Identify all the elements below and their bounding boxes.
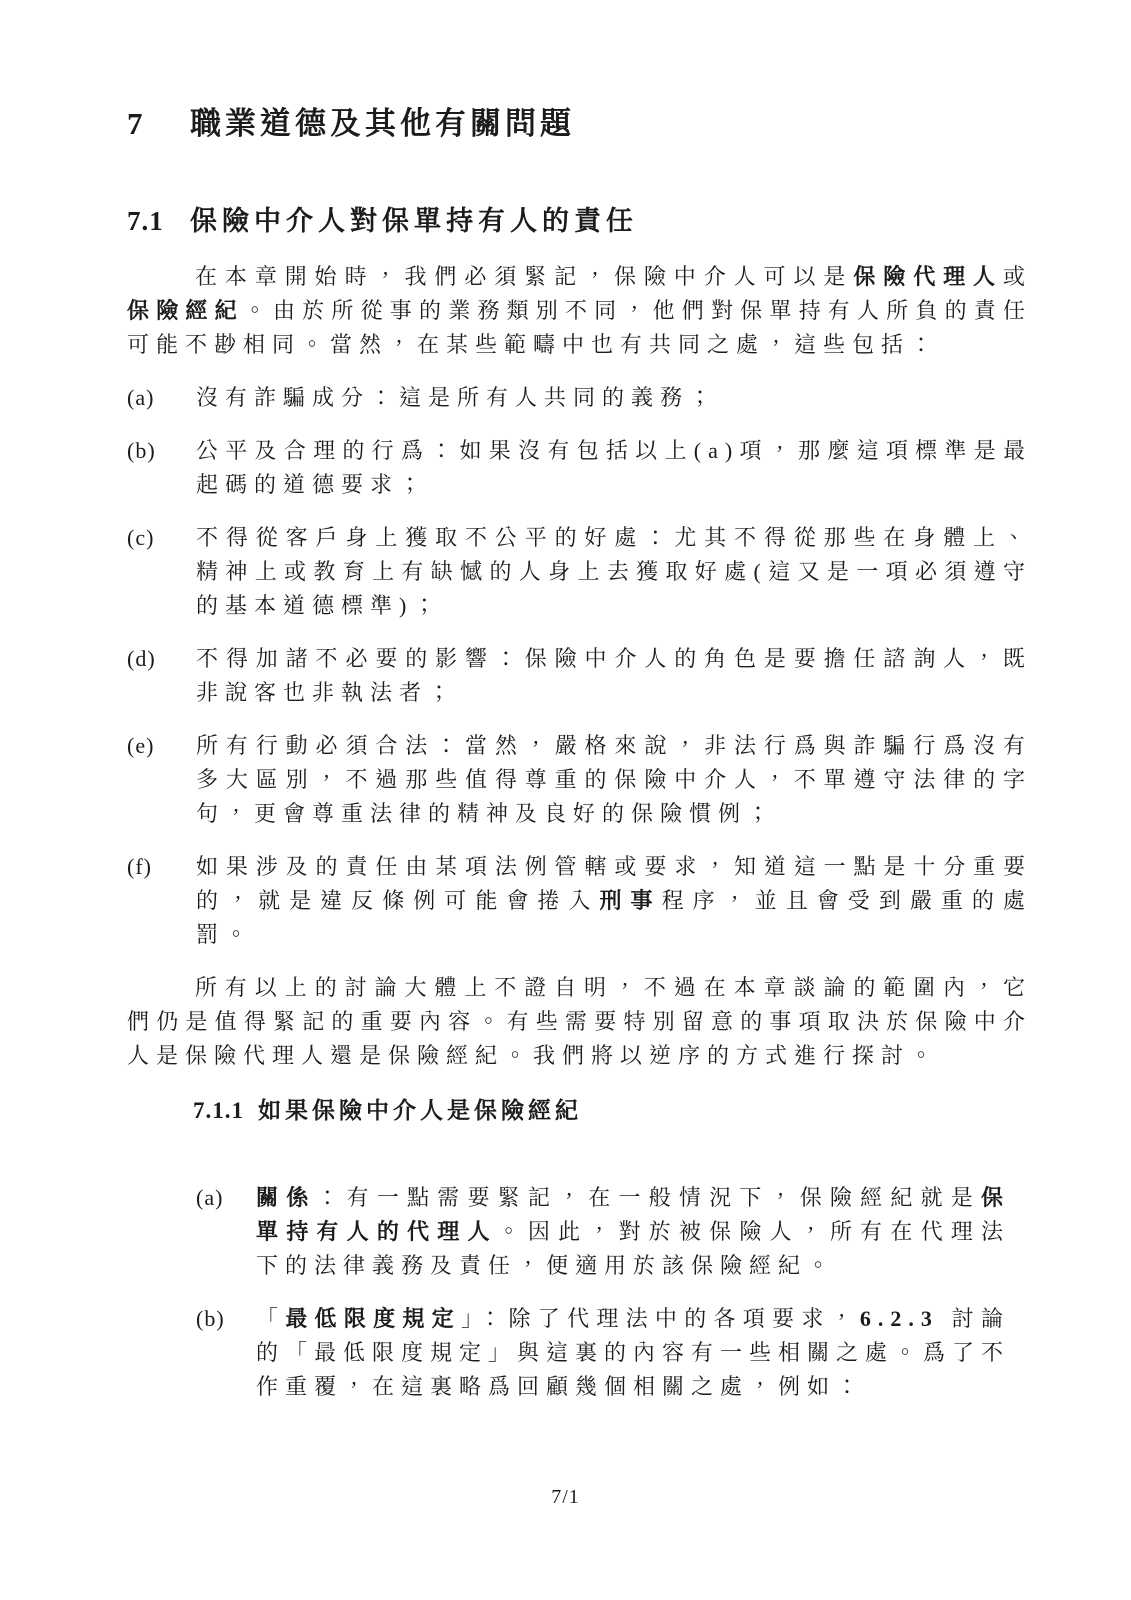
list-item-text: 不得從客戶身上獲取不公平的好處：尤其不得從那些在身體上、精神上或教育上有缺憾的人… — [196, 521, 1032, 623]
text-run: 公平及合理的行爲：如果沒有包括以上(a)項，那麼這項標準是最起碼的道德要求； — [196, 438, 1032, 497]
bold-text-run: 關係 — [256, 1185, 316, 1210]
text-run: 不得從客戶身上獲取不公平的好處：尤其不得從那些在身體上、精神上或教育上有缺憾的人… — [196, 525, 1032, 618]
section-heading: 7.1 保險中介人對保單持有人的責任 — [127, 199, 1032, 238]
text-run: 」：除了代理法中的各項要求， — [461, 1306, 860, 1331]
list-item-label: (e) — [127, 729, 196, 831]
text-run: ：有一點需要緊記，在一般情況下，保險經紀就是 — [316, 1185, 981, 1210]
list-item-label: (d) — [127, 642, 196, 710]
subsection-list: (a) 關係：有一點需要緊記，在一般情況下，保險經紀就是保單持有人的代理人。因此… — [196, 1181, 1032, 1404]
list-item-f: (f) 如果涉及的責任由某項法例管轄或要求，知道這一點是十分重要的，就是違反條例… — [127, 850, 1032, 952]
text-run: 「 — [256, 1306, 285, 1331]
intro-paragraph: 在本章開始時，我們必須緊記，保險中介人可以是保險代理人或保險經紀。由於所從事的業… — [127, 260, 1032, 362]
sublist-item-text: 關係：有一點需要緊記，在一般情況下，保險經紀就是保單持有人的代理人。因此，對於被… — [256, 1181, 1010, 1283]
list-item-label: (f) — [127, 850, 196, 952]
list-item-b: (b) 公平及合理的行爲：如果沒有包括以上(a)項，那麼這項標準是最起碼的道德要… — [127, 434, 1032, 502]
text-run: 。由於所從事的業務類別不同，他們對保單持有人所負的責任可能不尠相同。當然，在某些… — [127, 298, 1032, 357]
list-item-label: (a) — [127, 381, 196, 415]
subsection-number: 7.1.1 — [193, 1098, 258, 1124]
list-item-label: (c) — [127, 521, 196, 623]
list-item-text: 不得加諸不必要的影響：保險中介人的角色是要擔任諮詢人，既非說客也非執法者； — [196, 642, 1032, 710]
sublist-item-b: (b) 「最低限度規定」：除了代理法中的各項要求，6.2.3 討論的「最低限度規… — [196, 1302, 1010, 1404]
bold-text-run: 刑事 — [599, 888, 661, 913]
sublist-item-text: 「最低限度規定」：除了代理法中的各項要求，6.2.3 討論的「最低限度規定」與這… — [256, 1302, 1010, 1404]
subsection-heading: 7.1.1 如果保險中介人是保險經紀 — [193, 1092, 1032, 1125]
text-run: 所有以上的討論大體上不證自明，不過在本章談論的範圍內，它們仍是值得緊記的重要內容… — [127, 975, 1032, 1068]
chapter-title: 職業道德及其他有關問題 — [190, 98, 575, 143]
page-number: 7/1 — [0, 1486, 1131, 1509]
bold-text-run: 6.2.3 — [860, 1306, 939, 1331]
section-title: 保險中介人對保單持有人的責任 — [190, 199, 638, 238]
chapter-heading: 7 職業道德及其他有關問題 — [127, 98, 1032, 143]
closing-paragraph: 所有以上的討論大體上不證自明，不過在本章談論的範圍內，它們仍是值得緊記的重要內容… — [127, 971, 1032, 1073]
bold-text-run: 保險經紀 — [127, 298, 244, 323]
text-run: 沒有詐騙成分：這是所有人共同的義務； — [196, 385, 718, 410]
list-item-e: (e) 所有行動必須合法：當然，嚴格來說，非法行爲與詐騙行爲沒有多大區別，不過那… — [127, 729, 1032, 831]
text-run: 或 — [1003, 264, 1032, 289]
chapter-number: 7 — [127, 106, 190, 142]
sublist-item-label: (b) — [196, 1302, 256, 1404]
list-item-text: 公平及合理的行爲：如果沒有包括以上(a)項，那麼這項標準是最起碼的道德要求； — [196, 434, 1032, 502]
list-item-d: (d) 不得加諸不必要的影響：保險中介人的角色是要擔任諮詢人，既非說客也非執法者… — [127, 642, 1032, 710]
document-page: 7 職業道德及其他有關問題 7.1 保險中介人對保單持有人的責任 在本章開始時，… — [0, 0, 1131, 1600]
list-item-text: 所有行動必須合法：當然，嚴格來說，非法行爲與詐騙行爲沒有多大區別，不過那些值得尊… — [196, 729, 1032, 831]
text-run: 不得加諸不必要的影響：保險中介人的角色是要擔任諮詢人，既非說客也非執法者； — [196, 646, 1032, 705]
bold-text-run: 最低限度規定 — [285, 1306, 461, 1331]
list-item-text: 如果涉及的責任由某項法例管轄或要求，知道這一點是十分重要的，就是違反條例可能會捲… — [196, 850, 1032, 952]
list-item-c: (c) 不得從客戶身上獲取不公平的好處：尤其不得從那些在身體上、精神上或教育上有… — [127, 521, 1032, 623]
list-item-a: (a) 沒有詐騙成分：這是所有人共同的義務； — [127, 381, 1032, 415]
text-run: 在本章開始時，我們必須緊記，保險中介人可以是 — [195, 264, 853, 289]
sublist-item-label: (a) — [196, 1181, 256, 1283]
list-item-text: 沒有詐騙成分：這是所有人共同的義務； — [196, 381, 1032, 415]
list-item-label: (b) — [127, 434, 196, 502]
text-run: 所有行動必須合法：當然，嚴格來說，非法行爲與詐騙行爲沒有多大區別，不過那些值得尊… — [196, 733, 1032, 826]
sublist-item-a: (a) 關係：有一點需要緊記，在一般情況下，保險經紀就是保單持有人的代理人。因此… — [196, 1181, 1010, 1283]
subsection-title: 如果保險中介人是保險經紀 — [258, 1092, 582, 1125]
section-number: 7.1 — [127, 206, 190, 237]
bold-text-run: 保險代理人 — [853, 264, 1003, 289]
